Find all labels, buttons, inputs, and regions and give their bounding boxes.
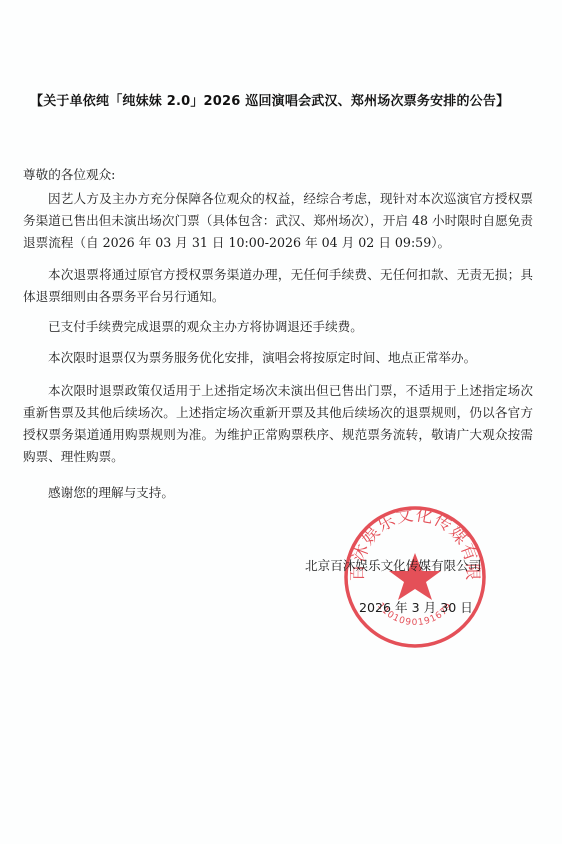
paragraph-thanks: 感谢您的理解与支持。: [23, 482, 533, 504]
paragraph-refund-policy: 因艺人方及主办方充分保障各位观众的权益，经综合考虑，现针对本次巡演官方授权票务渠…: [23, 188, 533, 254]
notice-title: 【关于单依纯「纯妹妹 2.0」2026 巡回演唱会武汉、郑州场次票务安排的公告】: [30, 90, 550, 109]
paragraph-scope: 本次限时退票政策仅适用于上述指定场次未演出但已售出门票，不适用于上述指定场次重新…: [23, 380, 533, 468]
paragraph-fee-return: 已支付手续费完成退票的观众主办方将协调退还手续费。: [23, 316, 533, 338]
greeting: 尊敬的各位观众:: [23, 164, 115, 183]
paragraph-concert-schedule: 本次限时退票仅为票务服务优化安排，演唱会将按原定时间、地点正常举办。: [23, 347, 533, 369]
company-seal-stamp: 北京百沐娱乐文化传媒有限公司 1101090191679: [343, 505, 487, 649]
signature-company: 北京百沐娱乐文化传媒有限公司: [305, 555, 481, 574]
paragraph-refund-channel: 本次退票将通过原官方授权票务渠道办理，无任何手续费、无任何扣款、无责无损；具体退…: [23, 264, 533, 308]
notice-page: 【关于单依纯「纯妹妹 2.0」2026 巡回演唱会武汉、郑州场次票务安排的公告】…: [0, 0, 562, 844]
signature-date: 2026 年 3 月 30 日: [359, 597, 473, 616]
